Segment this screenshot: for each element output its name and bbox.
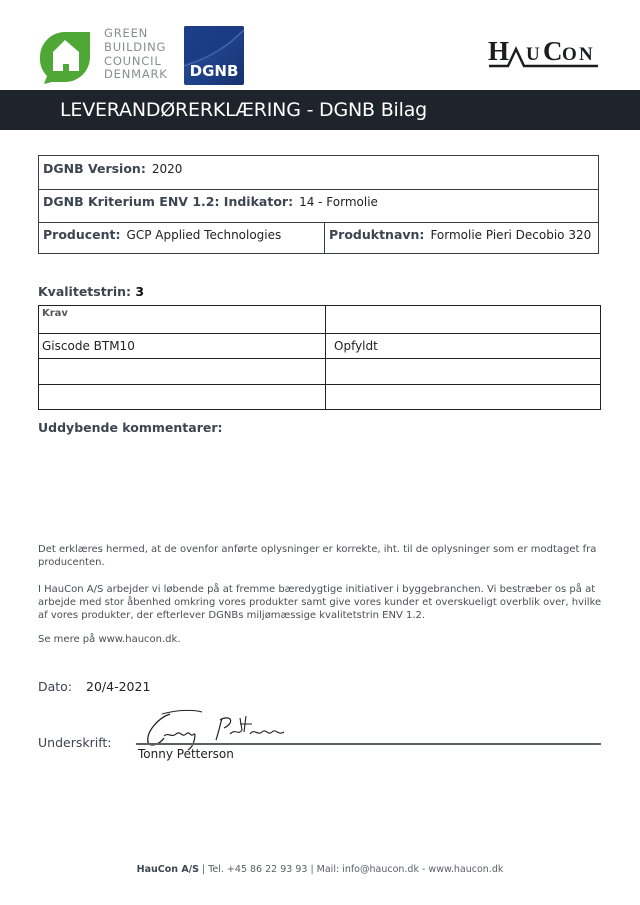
svg-text:H: H <box>488 36 509 66</box>
product-name-label: Produktnavn: <box>329 227 424 242</box>
dgnb-criterion-row: DGNB Kriterium ENV 1.2: Indikator:14 - F… <box>39 189 598 223</box>
quality-level-label: Kvalitetstrin: <box>38 284 131 299</box>
requirements-table: Krav Giscode BTM10 Opfyldt <box>38 305 601 410</box>
dgnb-criterion-value: 14 - Formolie <box>299 195 378 209</box>
table-header-row: Krav <box>39 306 601 334</box>
footer-contact: | Tel. +45 86 22 93 93 | Mail: info@hauc… <box>199 864 503 875</box>
requirement-cell <box>39 359 326 385</box>
dgnb-version-row: DGNB Version:2020 <box>39 156 598 190</box>
table-row <box>39 359 601 385</box>
quality-level: Kvalitetstrin: 3 <box>38 284 144 299</box>
handwritten-signature-icon <box>140 706 290 752</box>
dgnb-criterion-label: DGNB Kriterium ENV 1.2: Indikator: <box>43 194 293 209</box>
table-row <box>39 384 601 410</box>
product-name-value: Formolie Pieri Decobio 320 <box>430 228 591 242</box>
sustainability-paragraph: I HauCon A/S arbejder vi løbende på at f… <box>38 583 608 622</box>
page-title: LEVERANDØRERKLÆRING - DGNB Bilag <box>60 99 427 121</box>
svg-text:O: O <box>562 44 577 65</box>
haucon-logo-icon: H U C O N <box>488 36 600 70</box>
dgnb-version-value: 2020 <box>152 162 183 176</box>
date-label: Dato: <box>38 679 72 694</box>
svg-text:N: N <box>579 44 593 65</box>
producer-cell: Producent:GCP Applied Technologies <box>39 222 324 253</box>
requirement-column-header: Krav <box>39 306 326 334</box>
website-reference: Se mere på www.haucon.dk. <box>38 633 608 646</box>
product-info-box: DGNB Version:2020 DGNB Kriterium ENV 1.2… <box>38 155 599 254</box>
table-row: Giscode BTM10 Opfyldt <box>39 333 601 359</box>
svg-text:U: U <box>526 44 540 65</box>
status-cell <box>326 384 601 410</box>
dgnb-logo-icon: DGNB <box>184 26 244 85</box>
comments-label: Uddybende kommentarer: <box>38 420 223 435</box>
signature-label: Underskrift: <box>38 735 112 750</box>
date-value: 20/4-2021 <box>86 679 150 694</box>
quality-level-value: 3 <box>135 284 144 299</box>
signature-line <box>136 743 601 745</box>
dgnb-version-label: DGNB Version: <box>43 161 146 176</box>
svg-text:C: C <box>543 36 563 66</box>
footer-company: HauCon A/S <box>137 864 199 875</box>
signatory-name: Tonny Petterson <box>138 747 234 761</box>
status-column-header <box>326 306 601 334</box>
producer-value: GCP Applied Technologies <box>127 228 282 242</box>
green-building-council-logo-icon <box>38 30 93 84</box>
requirement-cell <box>39 384 326 410</box>
producer-label: Producent: <box>43 227 121 242</box>
green-building-council-logo-text: GREEN BUILDING COUNCIL DENMARK <box>104 27 168 82</box>
status-cell <box>326 359 601 385</box>
producer-product-row: Producent:GCP Applied Technologies Produ… <box>39 222 598 253</box>
product-name-cell: Produktnavn:Formolie Pieri Decobio 320 <box>324 222 598 253</box>
requirement-cell: Giscode BTM10 <box>39 333 326 359</box>
footer: HauCon A/S | Tel. +45 86 22 93 93 | Mail… <box>0 864 640 875</box>
title-bar: LEVERANDØRERKLÆRING - DGNB Bilag <box>0 90 640 130</box>
declaration-paragraph: Det erklæres hermed, at de ovenfor anfør… <box>38 543 608 569</box>
status-cell: Opfyldt <box>326 333 601 359</box>
